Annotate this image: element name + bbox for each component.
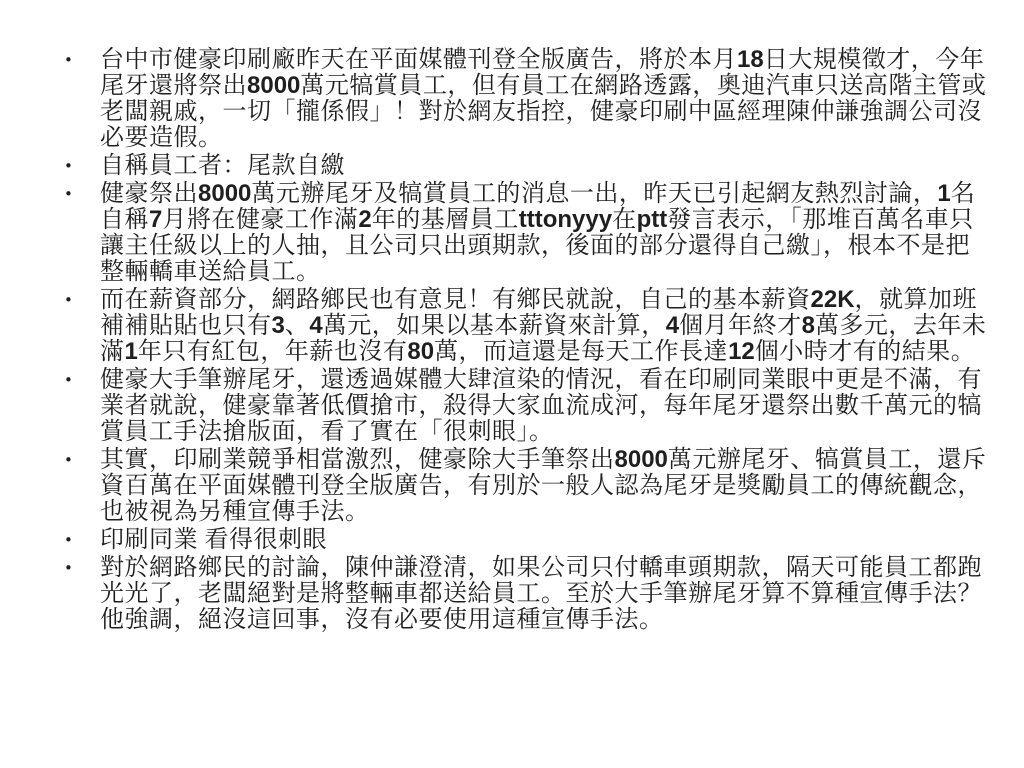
list-item: • 而在薪資部分，網路鄉民也有意見！有鄉民就說，自己的基本薪資22K，就算加班補… — [64, 287, 994, 365]
bullet-icon: • — [64, 527, 100, 553]
slide-canvas: • 台中市健豪印刷廠昨天在平面媒體刊登全版廣告，將於本月18日大規模徵才，今年尾… — [0, 0, 1024, 768]
bullet-text: 自稱員工者：尾款自繳 — [100, 153, 994, 179]
bullet-icon: • — [64, 367, 100, 393]
bullet-text: 對於網路鄉民的討論，陳仲謙澄清，如果公司只付轎車頭期款，隔天可能員工都跑光光了，… — [100, 555, 994, 633]
list-item: • 台中市健豪印刷廠昨天在平面媒體刊登全版廣告，將於本月18日大規模徵才，今年尾… — [64, 47, 994, 151]
list-item: • 自稱員工者：尾款自繳 — [64, 153, 994, 179]
list-item: • 印刷同業 看得很刺眼 — [64, 527, 994, 553]
bullet-icon: • — [64, 153, 100, 179]
bullet-text: 健豪大手筆辦尾牙，還透過媒體大肆渲染的情況，看在印刷同業眼中更是不滿，有業者就說… — [100, 367, 994, 445]
bullet-icon: • — [64, 181, 100, 207]
bullet-text: 其實，印刷業競爭相當激烈，健豪除大手筆祭出8000萬元辦尾牙、犒賞員工，還斥資百… — [100, 447, 994, 525]
bullet-list: • 台中市健豪印刷廠昨天在平面媒體刊登全版廣告，將於本月18日大規模徵才，今年尾… — [64, 47, 994, 633]
bullet-text: 台中市健豪印刷廠昨天在平面媒體刊登全版廣告，將於本月18日大規模徵才，今年尾牙還… — [100, 47, 994, 151]
list-item: • 其實，印刷業競爭相當激烈，健豪除大手筆祭出8000萬元辦尾牙、犒賞員工，還斥… — [64, 447, 994, 525]
list-item: • 健豪大手筆辦尾牙，還透過媒體大肆渲染的情況，看在印刷同業眼中更是不滿，有業者… — [64, 367, 994, 445]
bullet-icon: • — [64, 555, 100, 581]
list-item: • 對於網路鄉民的討論，陳仲謙澄清，如果公司只付轎車頭期款，隔天可能員工都跑光光… — [64, 555, 994, 633]
bullet-icon: • — [64, 447, 100, 473]
bullet-text: 而在薪資部分，網路鄉民也有意見！有鄉民就說，自己的基本薪資22K，就算加班補補貼… — [100, 287, 994, 365]
list-item: • 健豪祭出8000萬元辦尾牙及犒賞員工的消息一出，昨天已引起網友熱烈討論，1名… — [64, 181, 994, 285]
bullet-text: 健豪祭出8000萬元辦尾牙及犒賞員工的消息一出，昨天已引起網友熱烈討論，1名自稱… — [100, 181, 994, 285]
bullet-icon: • — [64, 47, 100, 73]
bullet-text: 印刷同業 看得很刺眼 — [100, 527, 994, 553]
bullet-icon: • — [64, 287, 100, 313]
